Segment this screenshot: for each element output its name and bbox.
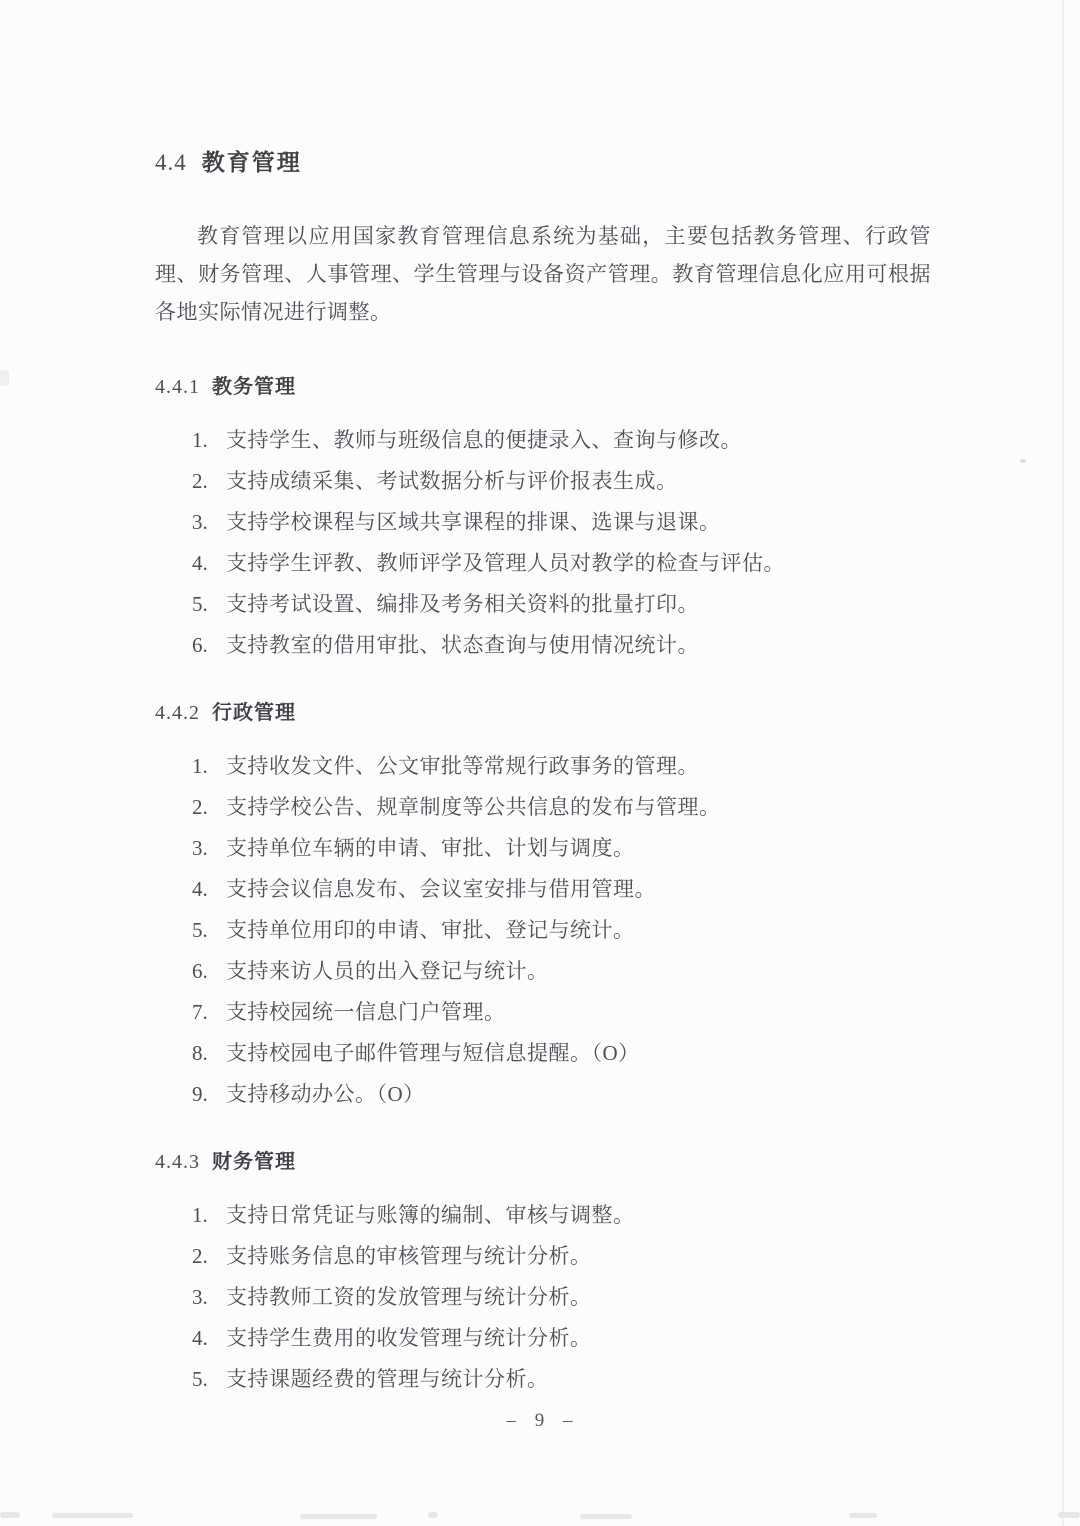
subsection-title: 财务管理 <box>212 1151 296 1173</box>
list-item-number: 5. <box>192 593 226 616</box>
list-item: 2. 支持学校公告、规章制度等公共信息的发布与管理。 <box>155 796 931 819</box>
list-item: 5. 支持单位用印的申请、审批、登记与统计。 <box>155 919 931 942</box>
scan-artifact <box>428 1512 438 1518</box>
list-item: 3. 支持单位车辆的申请、审批、计划与调度。 <box>155 837 931 860</box>
subsection-number: 4.4.2 <box>155 702 200 724</box>
list-item-number: 1. <box>192 429 226 452</box>
list-item-text: 支持单位车辆的申请、审批、计划与调度。 <box>226 837 931 860</box>
list-item-number: 3. <box>192 837 226 860</box>
intro-paragraph: 教育管理以应用国家教育管理信息系统为基础，主要包括教务管理、行政管理、财务管理、… <box>155 217 931 331</box>
list-item-number: 7. <box>192 1001 226 1024</box>
subsection-title: 行政管理 <box>212 702 296 724</box>
subsection-heading-4-4-2: 4.4.2行政管理 <box>155 701 931 726</box>
list-item-number: 2. <box>192 470 226 493</box>
list-item-number: 6. <box>192 960 226 983</box>
list-item: 5. 支持课题经费的管理与统计分析。 <box>155 1368 931 1391</box>
list-item: 1. 支持收发文件、公文审批等常规行政事务的管理。 <box>155 755 931 778</box>
section-number: 4.4 <box>155 150 187 175</box>
list-item: 4. 支持学生费用的收发管理与统计分析。 <box>155 1327 931 1350</box>
list-item: 1. 支持日常凭证与账簿的编制、审核与调整。 <box>155 1204 931 1227</box>
list-item-number: 5. <box>192 1368 226 1391</box>
subsection-number: 4.4.3 <box>155 1151 200 1173</box>
list-item-text: 支持收发文件、公文审批等常规行政事务的管理。 <box>226 755 931 778</box>
list-item-text: 支持会议信息发布、会议室安排与借用管理。 <box>226 878 931 901</box>
scan-artifact <box>849 1513 877 1518</box>
list-item-text: 支持移动办公。（O） <box>226 1083 931 1106</box>
scan-artifact-dot <box>1020 459 1026 463</box>
list-item: 9. 支持移动办公。（O） <box>155 1083 931 1106</box>
scan-artifact <box>580 1514 632 1519</box>
list-item-number: 8. <box>192 1042 226 1065</box>
list-item: 8. 支持校园电子邮件管理与短信息提醒。（O） <box>155 1042 931 1065</box>
list-item: 7. 支持校园统一信息门户管理。 <box>155 1001 931 1024</box>
list-item-number: 9. <box>192 1083 226 1106</box>
scan-edge-line <box>1062 0 1064 1526</box>
list-item-text: 支持教师工资的发放管理与统计分析。 <box>226 1286 931 1309</box>
list-item-text: 支持学生、教师与班级信息的便捷录入、查询与修改。 <box>226 429 931 452</box>
numbered-list: 1. 支持收发文件、公文审批等常规行政事务的管理。 2. 支持学校公告、规章制度… <box>155 755 931 1106</box>
list-item-text: 支持考试设置、编排及考务相关资料的批量打印。 <box>226 593 931 616</box>
list-item: 6. 支持来访人员的出入登记与统计。 <box>155 960 931 983</box>
subsection-title: 教务管理 <box>212 376 296 398</box>
list-item-number: 3. <box>192 1286 226 1309</box>
list-item-number: 5. <box>192 919 226 942</box>
list-item-number: 3. <box>192 511 226 534</box>
list-item-text: 支持单位用印的申请、审批、登记与统计。 <box>226 919 931 942</box>
scan-artifact <box>300 1514 377 1519</box>
scan-artifact <box>0 370 9 386</box>
list-item: 4. 支持学生评教、教师评学及管理人员对教学的检查与评估。 <box>155 552 931 575</box>
list-item-text: 支持学校课程与区域共享课程的排课、选课与退课。 <box>226 511 931 534</box>
document-content: 4.4教育管理 教育管理以应用国家教育管理信息系统为基础，主要包括教务管理、行政… <box>155 0 931 1409</box>
list-item: 3. 支持教师工资的发放管理与统计分析。 <box>155 1286 931 1309</box>
list-item-text: 支持学生费用的收发管理与统计分析。 <box>226 1327 931 1350</box>
list-item: 2. 支持账务信息的审核管理与统计分析。 <box>155 1245 931 1268</box>
scan-artifact <box>52 1513 133 1518</box>
list-item-text: 支持日常凭证与账簿的编制、审核与调整。 <box>226 1204 931 1227</box>
list-item: 1. 支持学生、教师与班级信息的便捷录入、查询与修改。 <box>155 429 931 452</box>
list-item-text: 支持教室的借用审批、状态查询与使用情况统计。 <box>226 634 931 657</box>
list-item-text: 支持学校公告、规章制度等公共信息的发布与管理。 <box>226 796 931 819</box>
list-item-text: 支持学生评教、教师评学及管理人员对教学的检查与评估。 <box>226 552 931 575</box>
list-item-text: 支持账务信息的审核管理与统计分析。 <box>226 1245 931 1268</box>
list-item-number: 6. <box>192 634 226 657</box>
list-item: 6. 支持教室的借用审批、状态查询与使用情况统计。 <box>155 634 931 657</box>
list-item: 4. 支持会议信息发布、会议室安排与借用管理。 <box>155 878 931 901</box>
list-item: 5. 支持考试设置、编排及考务相关资料的批量打印。 <box>155 593 931 616</box>
list-item-number: 4. <box>192 878 226 901</box>
subsection-heading-4-4-3: 4.4.3财务管理 <box>155 1150 931 1175</box>
subsection-heading-4-4-1: 4.4.1教务管理 <box>155 375 931 400</box>
list-item-text: 支持校园电子邮件管理与短信息提醒。（O） <box>226 1042 931 1065</box>
numbered-list: 1. 支持学生、教师与班级信息的便捷录入、查询与修改。 2. 支持成绩采集、考试… <box>155 429 931 657</box>
section-heading-4-4: 4.4教育管理 <box>155 148 931 177</box>
scan-artifact <box>0 1512 20 1518</box>
list-item-number: 1. <box>192 755 226 778</box>
list-item-text: 支持成绩采集、考试数据分析与评价报表生成。 <box>226 470 931 493</box>
list-item-text: 支持来访人员的出入登记与统计。 <box>226 960 931 983</box>
list-item-text: 支持课题经费的管理与统计分析。 <box>226 1368 931 1391</box>
list-item: 3. 支持学校课程与区域共享课程的排课、选课与退课。 <box>155 511 931 534</box>
scan-artifact <box>1058 1512 1080 1518</box>
subsection-number: 4.4.1 <box>155 376 200 398</box>
list-item-text: 支持校园统一信息门户管理。 <box>226 1001 931 1024</box>
list-item-number: 2. <box>192 1245 226 1268</box>
list-item-number: 4. <box>192 1327 226 1350</box>
numbered-list: 1. 支持日常凭证与账簿的编制、审核与调整。 2. 支持账务信息的审核管理与统计… <box>155 1204 931 1391</box>
list-item-number: 2. <box>192 796 226 819</box>
scanned-document-page: { "page": { "heading": { "number": "4.4"… <box>0 0 1080 1526</box>
list-item-number: 1. <box>192 1204 226 1227</box>
page-number: – 9 – <box>155 1410 931 1432</box>
section-title: 教育管理 <box>202 149 302 175</box>
list-item-number: 4. <box>192 552 226 575</box>
list-item: 2. 支持成绩采集、考试数据分析与评价报表生成。 <box>155 470 931 493</box>
